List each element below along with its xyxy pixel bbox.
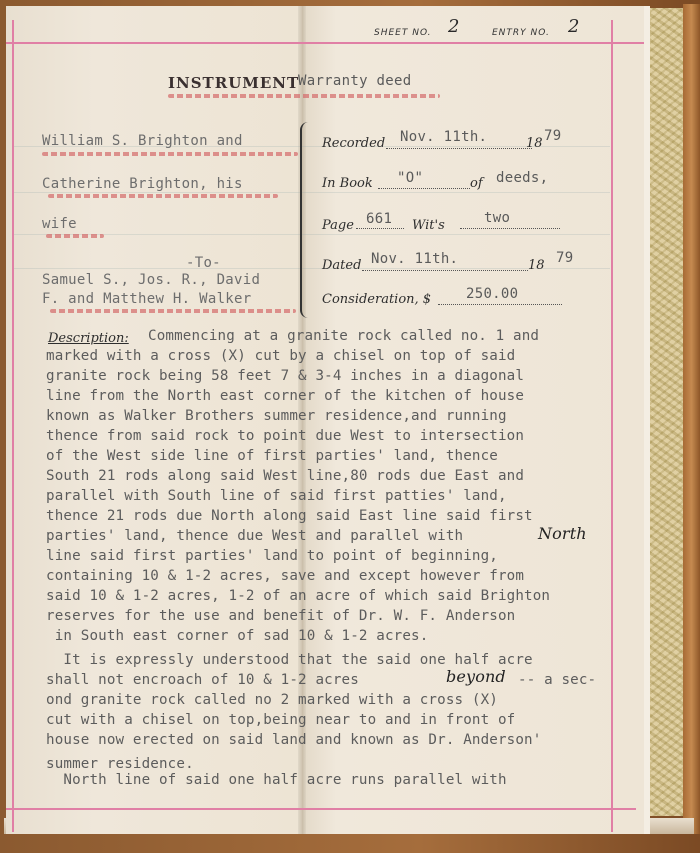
fill-line <box>460 228 560 229</box>
ruled-line <box>14 268 610 269</box>
underline-wavy <box>48 194 278 198</box>
fill-line <box>362 270 528 271</box>
page-value: 661 <box>366 211 392 227</box>
ruled-line <box>14 192 610 193</box>
description-line: thence 21 rods due North along said East… <box>46 508 533 524</box>
of-value: deeds, <box>496 170 548 186</box>
dated-label: Dated <box>322 258 361 273</box>
description-line-tail: -- a sec- <box>518 672 596 688</box>
fill-line <box>438 304 562 305</box>
underline-wavy <box>168 94 440 98</box>
underline-wavy <box>46 234 104 238</box>
recorded-label: Recorded <box>322 136 385 151</box>
grantee-line-1: Samuel S., Jos. R., David <box>42 272 260 288</box>
description-line: summer residence. <box>46 756 194 772</box>
book-value: "O" <box>397 170 423 186</box>
wits-value: two <box>484 210 510 226</box>
description-line: parties' land, thence due West and paral… <box>46 528 463 544</box>
dated-value: Nov. 11th. <box>371 251 458 267</box>
right-margin-rule <box>611 20 613 832</box>
sheet-number: 2 <box>448 16 459 37</box>
description-line: line from the North east corner of the k… <box>46 388 524 404</box>
description-label: Description: <box>48 331 129 346</box>
description-line: marked with a cross (X) cut by a chisel … <box>46 348 515 364</box>
bottom-red-rule <box>6 808 636 810</box>
left-margin-rule <box>12 20 14 832</box>
description-line: known as Walker Brothers summer residenc… <box>46 408 507 424</box>
fill-line <box>378 188 470 189</box>
description-line: thence from said rock to point due West … <box>46 428 524 444</box>
wits-label: Wit's <box>412 218 445 233</box>
underline-wavy <box>50 309 296 313</box>
recorded-year-prefix: 18 <box>526 136 543 151</box>
underline-wavy <box>42 152 298 156</box>
recorded-year: 79 <box>544 128 561 144</box>
consideration-label: Consideration, $ <box>322 292 431 307</box>
marbled-endpaper <box>645 8 683 816</box>
cover-edge <box>683 4 700 834</box>
sheet-label: SHEET NO. <box>374 28 432 38</box>
instrument-label: INSTRUMENT <box>168 74 299 92</box>
description-line: containing 10 & 1-2 acres, save and exce… <box>46 568 524 584</box>
description-line: of the West side line of first parties' … <box>46 448 498 464</box>
grantee-line-2: F. and Matthew H. Walker <box>42 291 252 307</box>
entry-label: ENTRY NO. <box>492 28 550 38</box>
brace-divider <box>300 122 310 318</box>
description-line: North line of said one half acre runs pa… <box>46 772 507 788</box>
grantor-line-2: Catherine Brighton, his <box>42 176 243 192</box>
dated-year: 79 <box>556 250 573 266</box>
entry-number: 2 <box>568 16 579 37</box>
description-line: ond granite rock called no 2 marked with… <box>46 692 498 708</box>
instrument-value: Warranty deed <box>298 73 411 89</box>
description-line: reserves for the use and benefit of Dr. … <box>46 608 515 624</box>
top-red-rule <box>6 42 644 44</box>
handwritten-north: North <box>538 524 587 543</box>
fill-line <box>386 148 532 149</box>
grantor-line-3: wife <box>42 216 77 232</box>
description-line: said 10 & 1-2 acres, 1-2 of an acre of w… <box>46 588 550 604</box>
description-line: parallel with South line of said first p… <box>46 488 507 504</box>
recorded-date: Nov. 11th. <box>400 129 487 145</box>
description-line: cut with a chisel on top,being near to a… <box>46 712 515 728</box>
to-label: -To- <box>186 255 221 271</box>
of-label: of <box>470 176 483 191</box>
book-label: In Book <box>322 176 373 191</box>
description-line: in South east corner of sad 10 & 1-2 acr… <box>46 628 428 644</box>
description-line: line said first parties' land to point o… <box>46 548 498 564</box>
page-label: Page <box>322 218 354 233</box>
description-line: house now erected on said land and known… <box>46 732 541 748</box>
description-line: It is expressly understood that the said… <box>46 652 533 668</box>
description-line: Commencing at a granite rock called no. … <box>148 328 539 344</box>
fill-line <box>356 228 404 229</box>
dated-year-prefix: 18 <box>528 258 545 273</box>
handwritten-beyond: beyond <box>446 667 506 686</box>
description-line: shall not encroach of 10 & 1-2 acres <box>46 672 359 688</box>
consideration-value: 250.00 <box>466 286 518 302</box>
description-line: granite rock being 58 feet 7 & 3-4 inche… <box>46 368 524 384</box>
description-line: South 21 rods along said West line,80 ro… <box>46 468 524 484</box>
grantor-line-1: William S. Brighton and <box>42 133 243 149</box>
